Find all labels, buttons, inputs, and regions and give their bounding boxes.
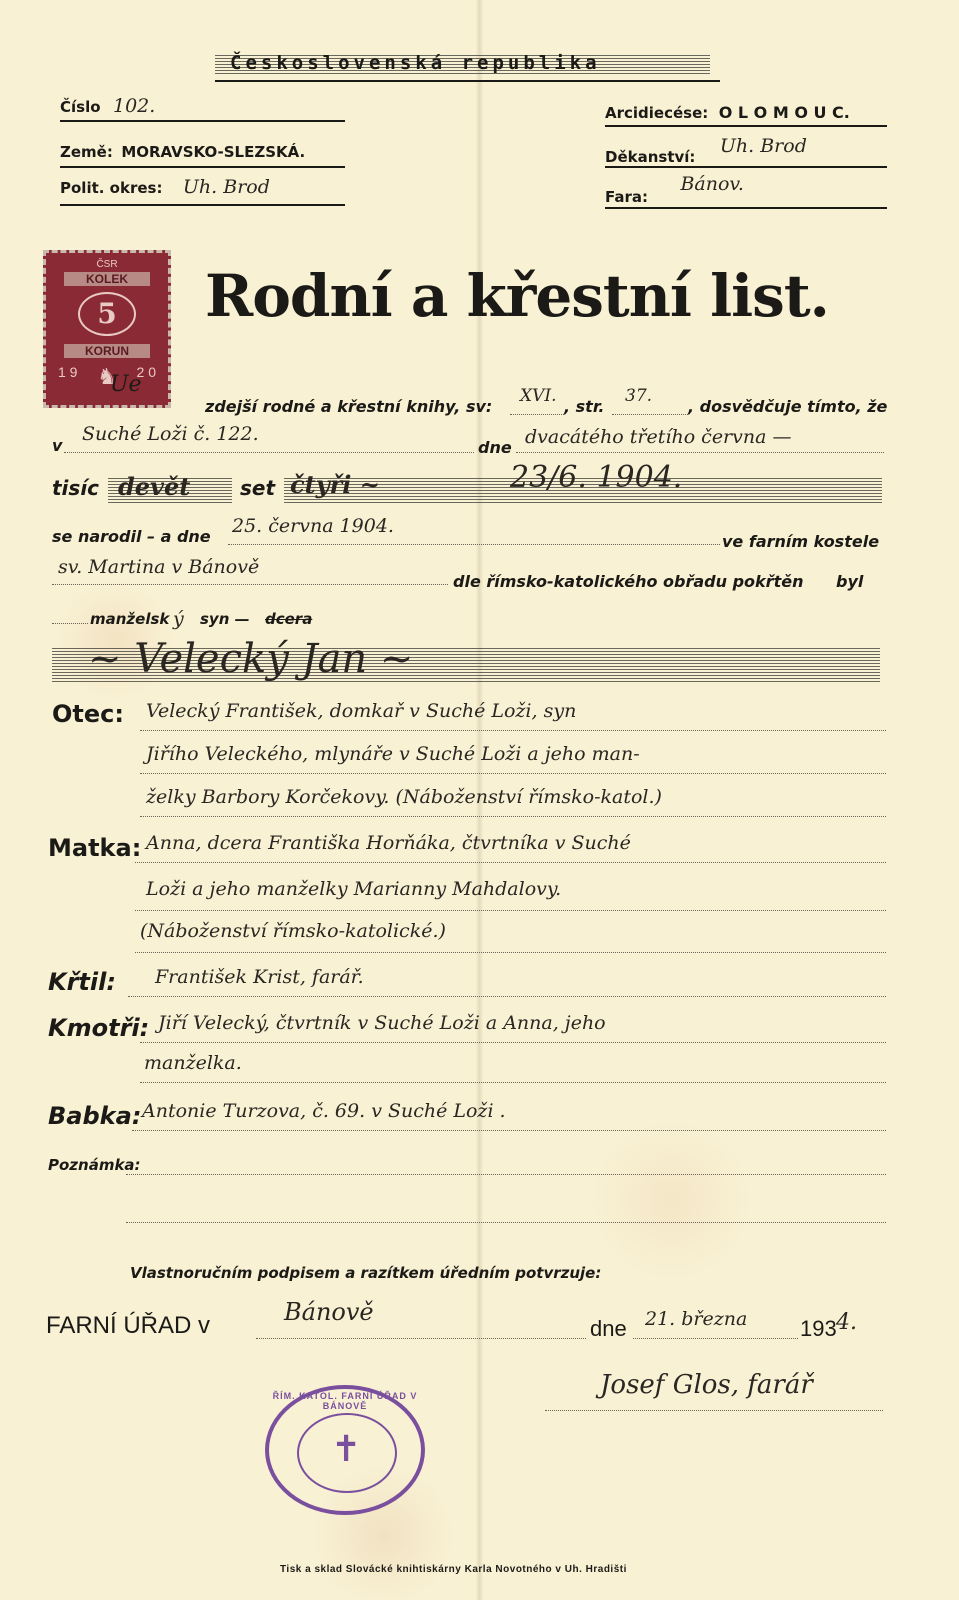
document-title: Rodní a křestní list.	[205, 262, 829, 330]
page-label: , str.	[564, 397, 605, 416]
place-prefix: v	[52, 436, 62, 455]
midwife-value: Antonie Turzova, č. 69. v Suché Loži .	[142, 1100, 506, 1122]
church-label: ve farním kostele	[722, 532, 879, 551]
godparents-line-2	[140, 1082, 886, 1083]
volume-line	[510, 414, 564, 415]
midwife-line	[132, 1130, 886, 1131]
mother-line-2	[135, 910, 886, 911]
field-dekanstvi: Děkanství: Uh. Brod	[605, 135, 887, 165]
printer-imprint: Tisk a sklad Slovácké knihtiskárny Karla…	[280, 1564, 627, 1575]
stamp-kolek: KOLEK	[64, 272, 150, 286]
birthplace-line	[64, 452, 474, 453]
godparents-text-2: manželka.	[144, 1052, 242, 1074]
father-line-1	[140, 730, 886, 731]
field-label: Číslo	[60, 98, 101, 116]
thousand-label: tisíc	[52, 476, 99, 500]
legit-label: manželsk	[90, 610, 169, 628]
confirm-text: Vlastnoručním podpisem a razítkem úřední…	[130, 1264, 601, 1282]
signature: Josef Glos, farář	[600, 1370, 813, 1400]
field-value: MORAVSKO-SLEZSKÁ.	[121, 143, 305, 161]
mother-text-2: Loži a jeho manželky Marianny Mahdalovy.	[146, 878, 561, 900]
baptized-by-line	[128, 996, 886, 997]
office-label: FARNÍ ÚŘAD v	[46, 1312, 210, 1340]
certifies-text: , dosvědčuje tímto, že	[688, 397, 887, 416]
field-value: 102.	[113, 95, 155, 117]
date-line	[633, 1338, 798, 1339]
legit-line	[52, 623, 88, 624]
field-rule	[605, 166, 887, 168]
field-value: Uh. Brod	[720, 135, 807, 157]
note-label: Poznámka:	[48, 1156, 141, 1174]
mother-text-3: (Náboženství římsko-katolické.)	[140, 920, 446, 942]
birthplace-value: Suché Loži č. 122.	[82, 423, 259, 445]
baptized-by-label: Křtil:	[48, 968, 116, 996]
godparents-text-1: Jiří Velecký, čtvrtník v Suché Loži a An…	[158, 1012, 606, 1034]
field-label: Polit. okres:	[60, 179, 162, 197]
date-value: 21. března	[645, 1308, 747, 1330]
father-label: Otec:	[52, 700, 124, 728]
stamp-year-left: 1 9	[58, 364, 77, 390]
baptism-date-value: 25. června 1904.	[232, 515, 394, 537]
father-line-2	[140, 773, 886, 774]
signature-line	[545, 1410, 883, 1411]
cross-icon: ✝	[331, 1431, 361, 1467]
was-label: byl	[836, 572, 863, 591]
mother-text-1: Anna, dcera Františka Horňáka, čtvrtníka…	[146, 832, 631, 854]
father-text-2: Jiřího Veleckého, mlynáře v Suché Loži a…	[146, 743, 640, 765]
year-prefix: 193	[800, 1316, 837, 1342]
day-words: dvacátého třetího června —	[525, 426, 791, 448]
country-name: Československá republika	[230, 52, 601, 74]
son-label: syn —	[200, 610, 250, 628]
seal-text: ŘÍM. KATOL. FARNÍ ÚŘAD V BÁNOVĚ	[269, 1391, 421, 1411]
note-line-2	[126, 1222, 886, 1223]
godparents-line-1	[140, 1042, 886, 1043]
field-polit-okres: Polit. okres: Uh. Brod	[60, 176, 345, 206]
mother-label: Matka:	[48, 834, 141, 862]
father-text-1: Velecký František, domkař v Suché Loži, …	[146, 700, 576, 722]
midwife-label: Babka:	[48, 1102, 141, 1130]
revenue-stamp: ČSR KOLEK 5 KORUN 1 9 ♞ 2 0	[43, 250, 171, 408]
field-label: Fara:	[605, 188, 648, 206]
date-label: dne	[590, 1316, 627, 1342]
field-label: Arcidiecése:	[605, 104, 708, 122]
born-label: se narodil – a dne	[52, 527, 211, 546]
day-line	[516, 452, 884, 453]
field-rule	[60, 204, 345, 206]
tens-value: čtyři ~	[290, 470, 380, 499]
stamp-top-text: ČSR	[46, 259, 168, 270]
field-cislo: Číslo 102.	[60, 95, 345, 121]
field-zeme: Země: MORAVSKO-SLEZSKÁ.	[60, 143, 345, 169]
stamp-value: 5	[78, 292, 136, 336]
field-rule	[605, 207, 887, 209]
field-arcidiecese: Arcidiecése: O L O M O U C.	[605, 103, 887, 129]
set-label: set	[240, 476, 275, 500]
legit-value: ý	[173, 608, 184, 630]
church-value: sv. Martina v Bánově	[58, 556, 259, 578]
rite-label: dle římsko-katolického obřadu pokřtěn	[453, 572, 803, 591]
mother-line-3	[135, 952, 886, 953]
page-line	[612, 414, 688, 415]
field-label: Děkanství:	[605, 148, 695, 166]
godparents-label: Kmotři:	[48, 1014, 149, 1042]
baptism-date-line	[228, 544, 720, 545]
year-suffix: 4.	[836, 1310, 857, 1335]
stamp-korun: KORUN	[64, 344, 150, 358]
country-underline	[215, 80, 720, 82]
day-label: dne	[478, 438, 512, 457]
stamp-cancellation-mark: Ue	[110, 372, 142, 397]
office-place-line	[256, 1338, 586, 1339]
field-rule	[60, 166, 345, 168]
field-fara: Fara: Bánov.	[605, 173, 887, 209]
page-value: 37.	[625, 386, 652, 406]
record-intro: zdejší rodné a křestní knihy, sv:	[205, 397, 492, 416]
volume-value: XVI.	[520, 386, 557, 406]
parish-seal: ✝ ŘÍM. KATOL. FARNÍ ÚŘAD V BÁNOVĚ	[265, 1385, 425, 1515]
field-rule	[605, 125, 887, 127]
hundreds-value: devět	[118, 472, 190, 501]
office-place: Bánově	[284, 1298, 374, 1326]
baptized-by-value: František Krist, farář.	[155, 966, 364, 988]
field-rule	[60, 120, 345, 122]
father-line-3	[140, 816, 886, 817]
church-line	[52, 584, 448, 585]
child-name: ~ Velecký Jan ~	[88, 636, 413, 682]
date-numeric: 23/6. 1904.	[510, 460, 682, 495]
mother-line-1	[135, 862, 886, 863]
note-line-1	[126, 1174, 886, 1175]
field-value: Uh. Brod	[183, 176, 270, 198]
field-value: Bánov.	[680, 173, 744, 195]
daughter-label-struck: dcera	[265, 610, 312, 628]
father-text-3: želky Barbory Korčekovy. (Náboženství ří…	[146, 786, 662, 808]
field-value: O L O M O U C.	[719, 103, 850, 122]
field-label: Země:	[60, 143, 113, 161]
